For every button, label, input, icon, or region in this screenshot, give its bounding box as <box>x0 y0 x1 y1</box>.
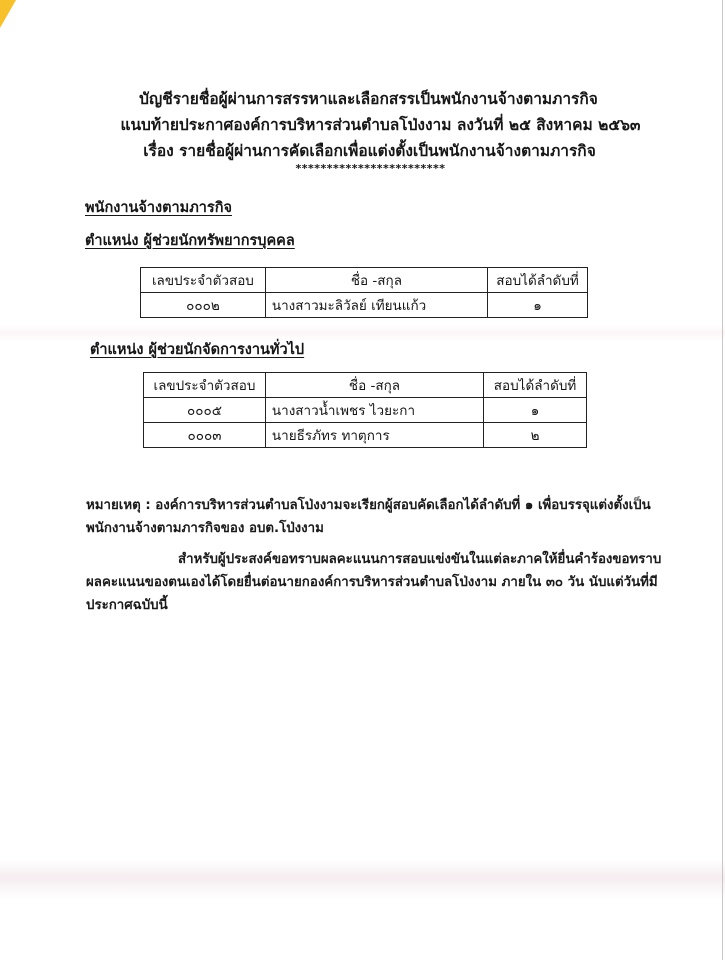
yellow-corner-tab <box>0 0 16 28</box>
position-heading-hr-assistant: ตำแหน่ง ผู้ช่วยนักทรัพยากรบุคคล <box>85 229 295 252</box>
cell-rank: ๑ <box>488 293 588 318</box>
table-row: ๐๐๐๓ นายธีรภัทร ทาตุการ ๒ <box>144 423 587 448</box>
cell-name: นางสาวน้ำเพชร ไวยะกา <box>265 398 483 423</box>
cell-exam-id: ๐๐๐๓ <box>144 423 266 448</box>
cell-rank: ๒ <box>484 423 587 448</box>
notes-section: หมายเหตุ : องค์การบริหารส่วนตำบลโป่งงามจ… <box>86 494 671 617</box>
employee-type-heading: พนักงานจ้างตามภารกิจ <box>85 196 232 219</box>
results-table-general-admin-assistant: เลขประจำตัวสอบ ชื่อ -สกุล สอบได้ลำดับที่… <box>143 372 587 448</box>
note-paragraph-1: หมายเหตุ : องค์การบริหารส่วนตำบลโป่งงามจ… <box>86 494 671 540</box>
cell-exam-id: ๐๐๐๕ <box>144 398 266 423</box>
title-line-3: เรื่อง รายชื่อผู้ผ่านการคัดเลือกเพื่อแต่… <box>0 138 725 164</box>
position-heading-general-admin-assistant: ตำแหน่ง ผู้ช่วยนักจัดการงานทั่วไป <box>90 338 304 361</box>
title-line-2: แนบท้ายประกาศองค์การบริหารส่วนตำบลโป่งงา… <box>0 112 725 138</box>
table-header-row: เลขประจำตัวสอบ ชื่อ -สกุล สอบได้ลำดับที่ <box>141 268 588 293</box>
document-title: บัญชีรายชื่อผู้ผ่านการสรรหาและเลือกสรรเป… <box>0 86 725 176</box>
table-row: ๐๐๐๕ นางสาวน้ำเพชร ไวยะกา ๑ <box>144 398 587 423</box>
title-separator: ************************ <box>0 162 725 176</box>
header-name: ชื่อ -สกุล <box>265 268 487 293</box>
scan-artifact-band <box>0 860 725 900</box>
cell-name: นายธีรภัทร ทาตุการ <box>265 423 483 448</box>
note-paragraph-2: สำหรับผู้ประสงค์ขอทราบผลคะแนนการสอบแข่งข… <box>86 548 671 617</box>
cell-name: นางสาวมะลิวัลย์ เทียนแก้ว <box>265 293 487 318</box>
header-rank: สอบได้ลำดับที่ <box>484 373 587 398</box>
table-row: ๐๐๐๒ นางสาวมะลิวัลย์ เทียนแก้ว ๑ <box>141 293 588 318</box>
header-exam-id: เลขประจำตัวสอบ <box>144 373 266 398</box>
cell-rank: ๑ <box>484 398 587 423</box>
results-table-hr-assistant: เลขประจำตัวสอบ ชื่อ -สกุล สอบได้ลำดับที่… <box>140 267 588 318</box>
header-exam-id: เลขประจำตัวสอบ <box>141 268 266 293</box>
header-name: ชื่อ -สกุล <box>265 373 483 398</box>
title-line-1: บัญชีรายชื่อผู้ผ่านการสรรหาและเลือกสรรเป… <box>0 86 725 112</box>
header-rank: สอบได้ลำดับที่ <box>488 268 588 293</box>
cell-exam-id: ๐๐๐๒ <box>141 293 266 318</box>
table-header-row: เลขประจำตัวสอบ ชื่อ -สกุล สอบได้ลำดับที่ <box>144 373 587 398</box>
